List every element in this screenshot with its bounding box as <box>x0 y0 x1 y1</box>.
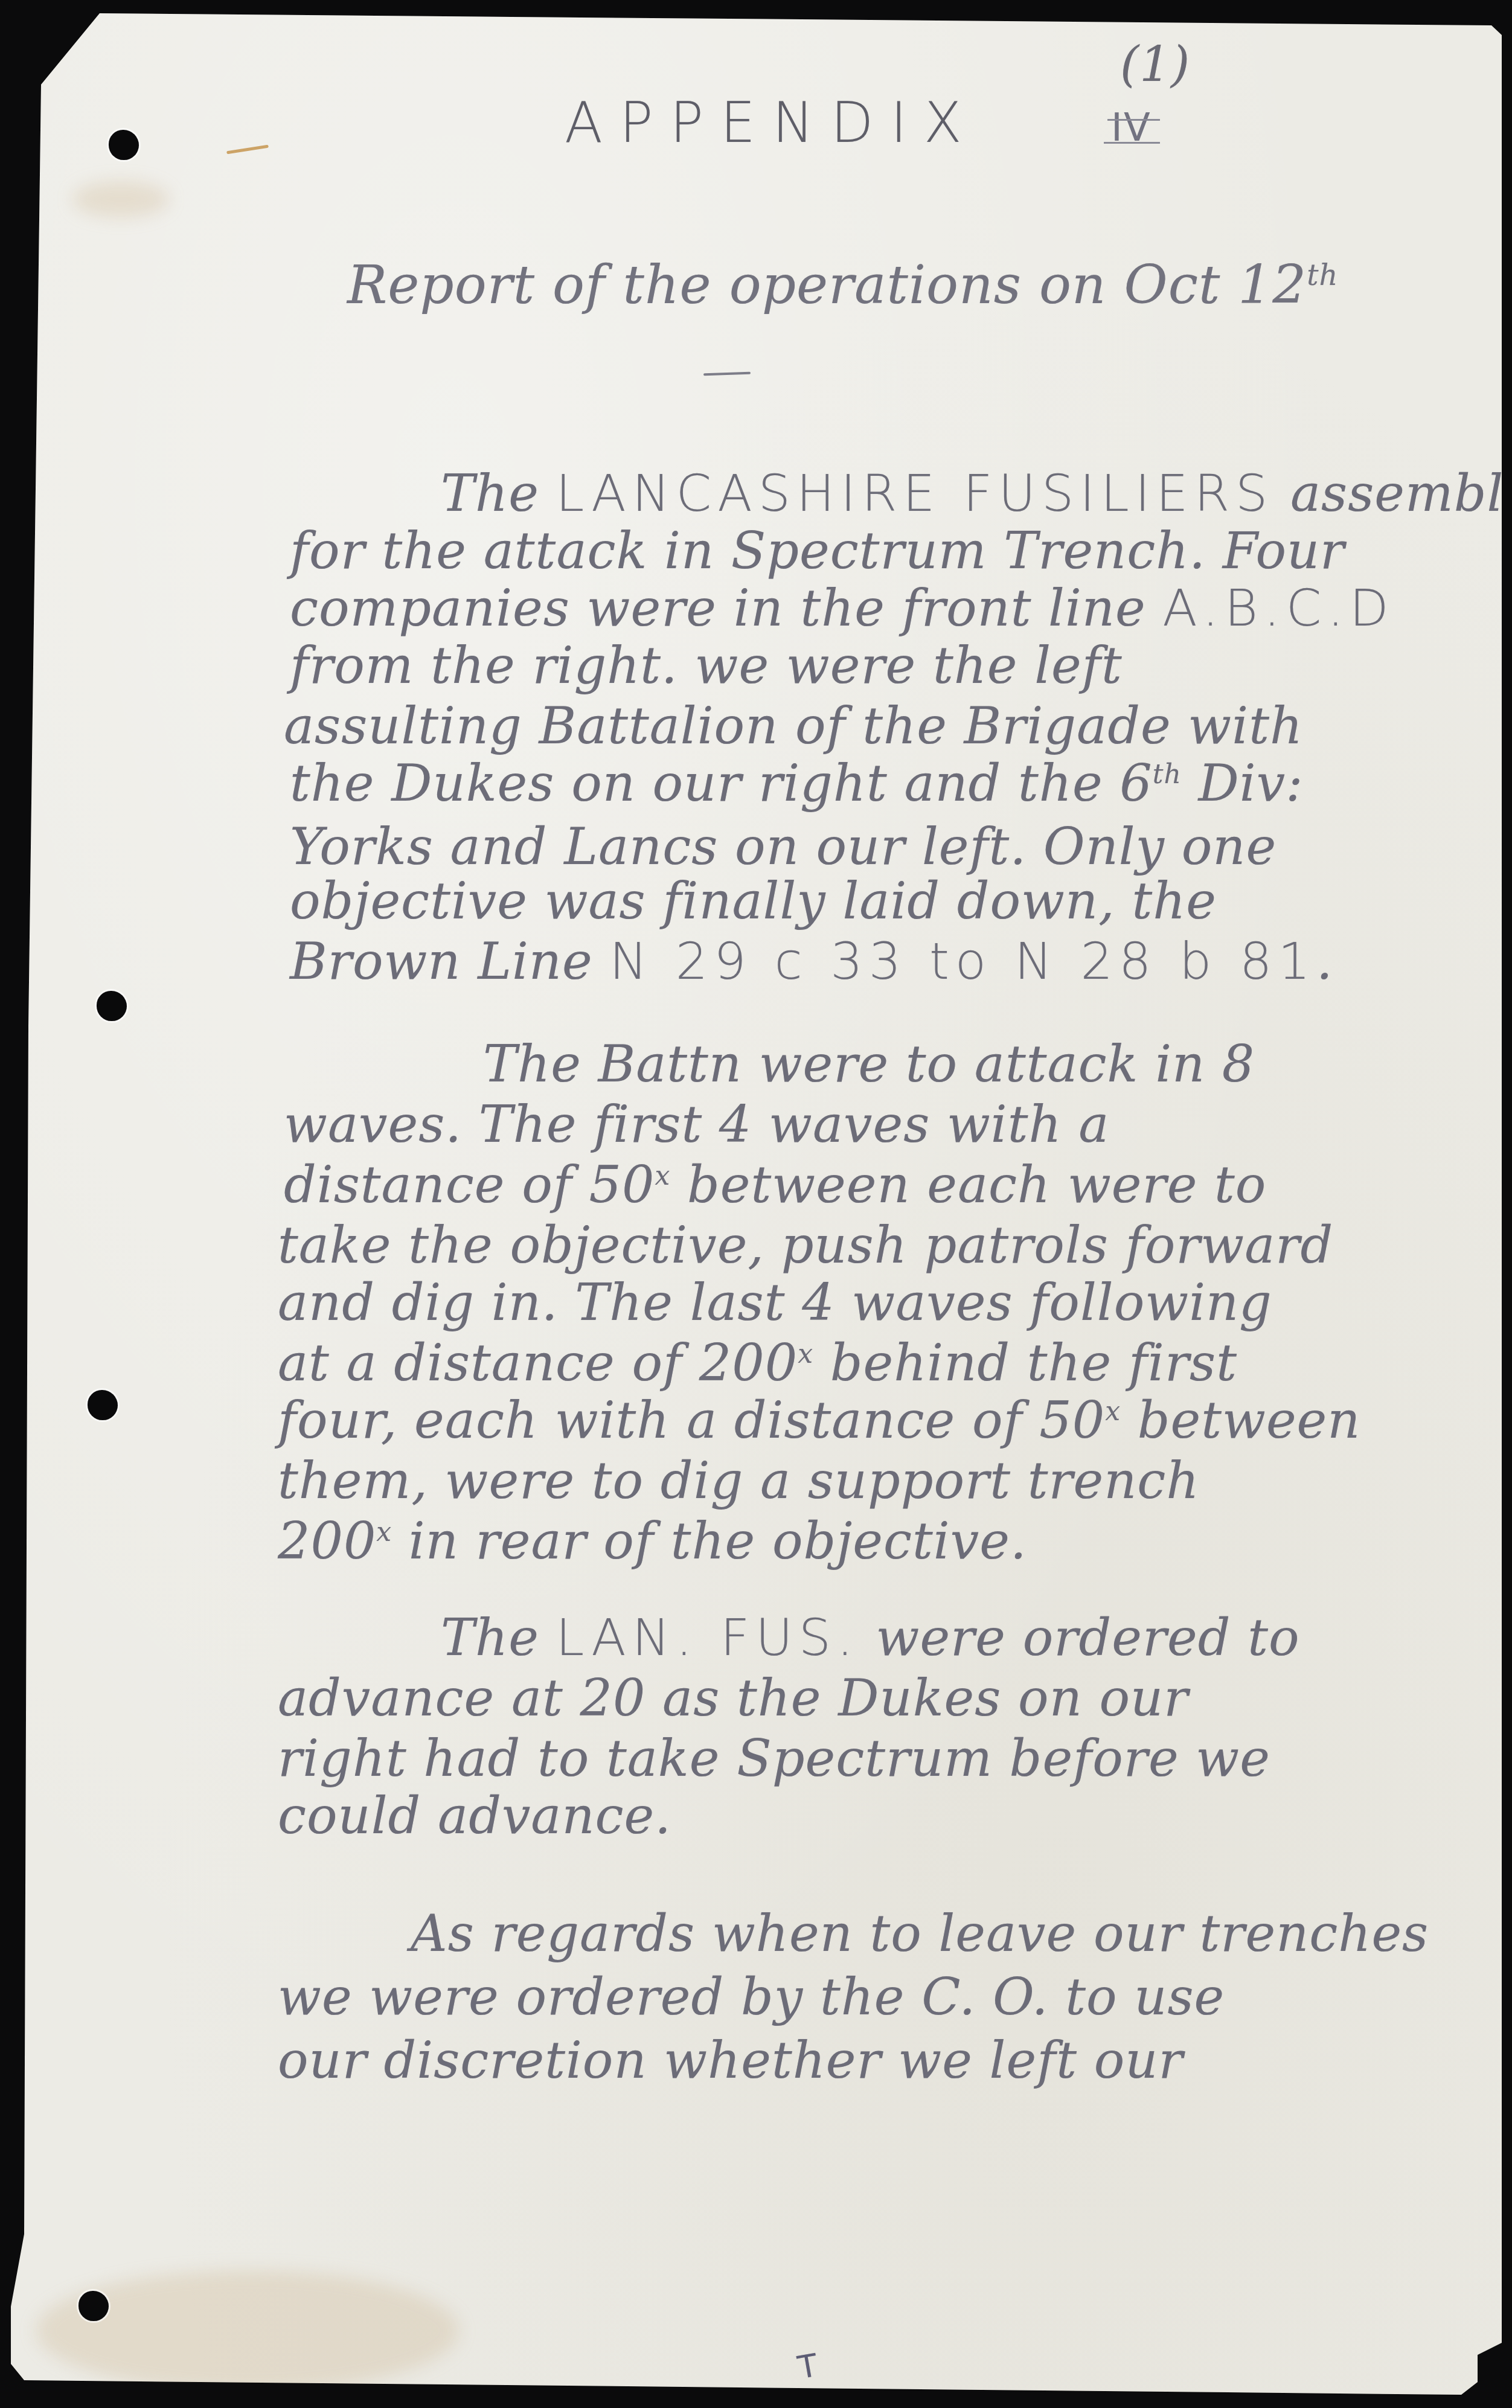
line-pre: 200 <box>278 1511 376 1571</box>
line-caps: LAN. FUS. <box>556 1608 859 1667</box>
line-pre: for the attack in Spectrum Trench. Four <box>290 521 1345 580</box>
line-pre: could advance. <box>278 1786 671 1845</box>
paper-sheet: APPENDIX (1) IV Report of the operations… <box>0 0 1512 2408</box>
line-post: in rear of the objective. <box>392 1511 1027 1571</box>
handwritten-line: The LANCASHIRE FUSILIERS assembled <box>441 468 1512 519</box>
rust-stain <box>72 181 169 217</box>
appendix-title: APPENDIX <box>565 91 979 155</box>
struck-appendix-numeral: IV <box>1111 106 1152 150</box>
line-pre: right had to take Spectrum before we <box>278 1729 1270 1788</box>
line-pre: advance at 20 as the Dukes on our <box>278 1668 1188 1728</box>
line-sup: x <box>798 1339 813 1369</box>
line-sup: x <box>376 1517 392 1548</box>
line-pre: at a distance of 200 <box>278 1333 798 1392</box>
line-pre: four, each with a distance of 50 <box>278 1391 1105 1450</box>
handwritten-line: four, each with a distance of 50x betwee… <box>278 1395 1360 1446</box>
handwritten-line: could advance. <box>278 1790 671 1841</box>
handwritten-line: Yorks and Lancs on our left. Only one <box>290 821 1277 872</box>
handwritten-line: assulting Battalion of the Brigade with <box>284 700 1303 751</box>
line-post: Div: <box>1182 754 1304 813</box>
line-pre: assulting Battalion of the Brigade with <box>284 696 1303 755</box>
report-heading: Report of the operations on Oct 12th <box>347 254 1338 316</box>
line-pre: we were ordered by the C. O. to use <box>278 1967 1225 2026</box>
heading-underline <box>703 372 751 376</box>
handwritten-line: right had to take Spectrum before we <box>278 1733 1270 1784</box>
handwritten-line: our discretion whether we left our <box>278 2035 1184 2086</box>
handwritten-line: we were ordered by the C. O. to use <box>278 1971 1225 2022</box>
line-sup: x <box>1105 1396 1121 1427</box>
folio-number: (1) <box>1120 36 1190 92</box>
heading-text: Report of the operations on Oct 12 <box>347 254 1307 316</box>
line-pre: companies were in the front line <box>290 578 1162 638</box>
line-caps: LANCASHIRE FUSILIERS <box>556 464 1274 523</box>
line-caps: N 29 c 33 to N 28 b 81 <box>609 932 1316 991</box>
line-pre: Yorks and Lancs on our left. Only one <box>290 817 1277 876</box>
handwritten-line: for the attack in Spectrum Trench. Four <box>290 525 1345 576</box>
line-post: . <box>1316 932 1333 991</box>
line-pre: distance of 50 <box>284 1155 655 1214</box>
handwritten-line: advance at 20 as the Dukes on our <box>278 1673 1188 1723</box>
handwritten-line: them, were to dig a support trench <box>278 1455 1200 1506</box>
line-pre: from the right. we were the left <box>290 636 1123 695</box>
line-sup: th <box>1153 759 1182 790</box>
rust-mark <box>226 145 269 155</box>
line-post: were ordered to <box>859 1608 1300 1667</box>
handwritten-line: The LAN. FUS. were ordered to <box>441 1612 1300 1663</box>
handwritten-line: As regards when to leave our trenches <box>411 1908 1429 1959</box>
punch-hole-2 <box>97 991 127 1021</box>
line-pre: objective was finally laid down, the <box>290 871 1217 930</box>
handwritten-line: distance of 50x between each were to <box>284 1159 1266 1210</box>
heading-suffix: th <box>1307 258 1338 292</box>
line-post: between each were to <box>670 1155 1266 1214</box>
handwritten-line: Brown Line N 29 c 33 to N 28 b 81. <box>290 936 1333 987</box>
line-pre: The <box>441 464 556 523</box>
catchword: T <box>795 2348 821 2387</box>
handwritten-line: 200x in rear of the objective. <box>278 1516 1027 1566</box>
line-pre: waves. The first 4 waves with a <box>284 1095 1109 1154</box>
line-post: assembled <box>1273 464 1512 523</box>
handwritten-line: the Dukes on our right and the 6th Div: <box>290 758 1303 809</box>
water-stain <box>36 2270 459 2391</box>
line-pre: Brown Line <box>290 932 609 991</box>
line-pre: The Battn were to attack in 8 <box>483 1034 1255 1094</box>
line-pre: take the objective, push patrols forward <box>278 1215 1333 1275</box>
handwritten-line: objective was finally laid down, the <box>290 876 1217 926</box>
punch-hole-4 <box>78 2291 109 2321</box>
line-pre: the Dukes on our right and the 6 <box>290 754 1153 813</box>
line-pre: our discretion whether we left our <box>278 2031 1184 2090</box>
line-sup: x <box>655 1161 670 1191</box>
handwritten-line: and dig in. The last 4 waves following <box>278 1277 1272 1328</box>
line-pre: them, were to dig a support trench <box>278 1451 1200 1510</box>
handwritten-line: companies were in the front line A.B.C.D <box>290 583 1395 633</box>
handwritten-line: The Battn were to attack in 8 <box>483 1039 1255 1089</box>
line-pre: The <box>441 1608 556 1667</box>
punch-hole-1 <box>109 130 139 160</box>
punch-hole-3 <box>88 1390 118 1420</box>
line-pre: As regards when to leave our trenches <box>411 1904 1429 1963</box>
handwritten-line: from the right. we were the left <box>290 640 1123 691</box>
handwritten-line: take the objective, push patrols forward <box>278 1220 1333 1270</box>
handwritten-line: waves. The first 4 waves with a <box>284 1099 1109 1150</box>
line-pre: and dig in. The last 4 waves following <box>278 1273 1272 1332</box>
line-caps: A.B.C.D <box>1162 578 1394 638</box>
document-scan: APPENDIX (1) IV Report of the operations… <box>0 0 1512 2408</box>
line-post: between <box>1121 1391 1360 1450</box>
line-post: behind the first <box>813 1333 1237 1392</box>
handwritten-line: at a distance of 200x behind the first <box>278 1337 1237 1388</box>
